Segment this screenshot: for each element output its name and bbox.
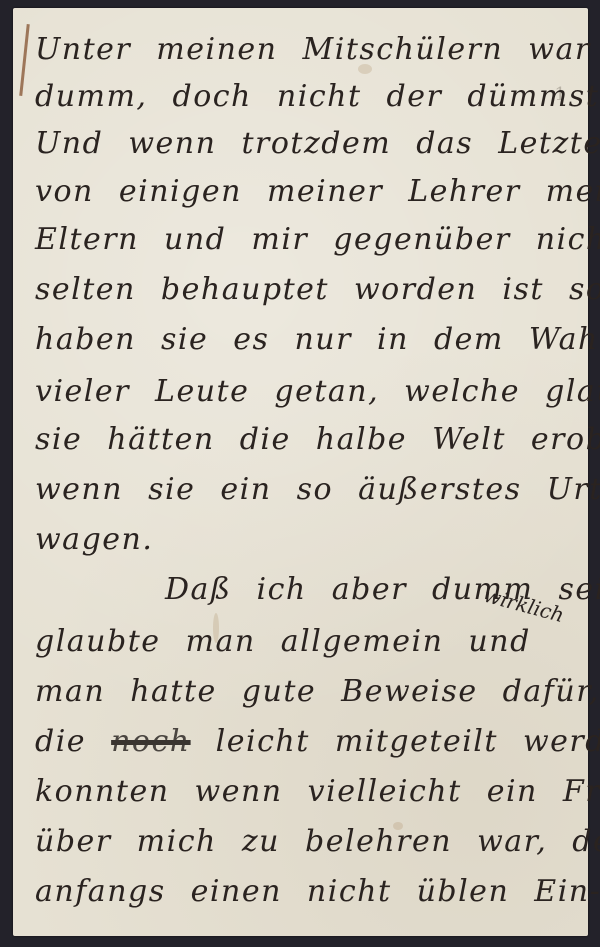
text-line: sie hätten die halbe Welt erobert xyxy=(35,418,578,462)
text-line: vieler Leute getan, welche glauben, xyxy=(35,370,578,414)
text-line: haben sie es nur in dem Wahne xyxy=(35,318,578,362)
manuscript-page: 1 Unter meinen Mitschülern war ich dumm,… xyxy=(13,8,588,936)
text-line-struck: die noch leicht mitgeteilt werden xyxy=(35,720,578,764)
text-line: wenn sie ein so äußerstes Urteil xyxy=(35,468,578,512)
text-fragment: leicht mitgeteilt werden xyxy=(216,724,600,759)
text-line: wagen. xyxy=(35,518,578,562)
text-line: dumm, doch nicht der dümmste. xyxy=(35,75,578,119)
text-line: glaubte man allgemein und xyxy=(35,620,578,664)
text-line: man hatte gute Beweise dafür, xyxy=(35,670,578,714)
text-line: konnten wenn vielleicht ein Fremder xyxy=(35,770,578,814)
text-line: selten behauptet worden ist so xyxy=(35,268,578,312)
text-fragment: die xyxy=(35,724,86,759)
text-line: anfangs einen nicht üblen Ein- xyxy=(35,870,578,914)
struck-word: noch xyxy=(111,724,191,759)
text-line: über mich zu belehren war, der xyxy=(35,820,578,864)
text-line: Und wenn trotzdem das Letztere xyxy=(35,122,578,166)
text-line: Unter meinen Mitschülern war ich xyxy=(35,28,578,72)
text-line: Eltern und mir gegenüber nicht xyxy=(35,218,578,262)
text-line: von einigen meiner Lehrer meinen xyxy=(35,170,578,214)
manuscript-text: Unter meinen Mitschülern war ich dumm, d… xyxy=(13,8,588,936)
